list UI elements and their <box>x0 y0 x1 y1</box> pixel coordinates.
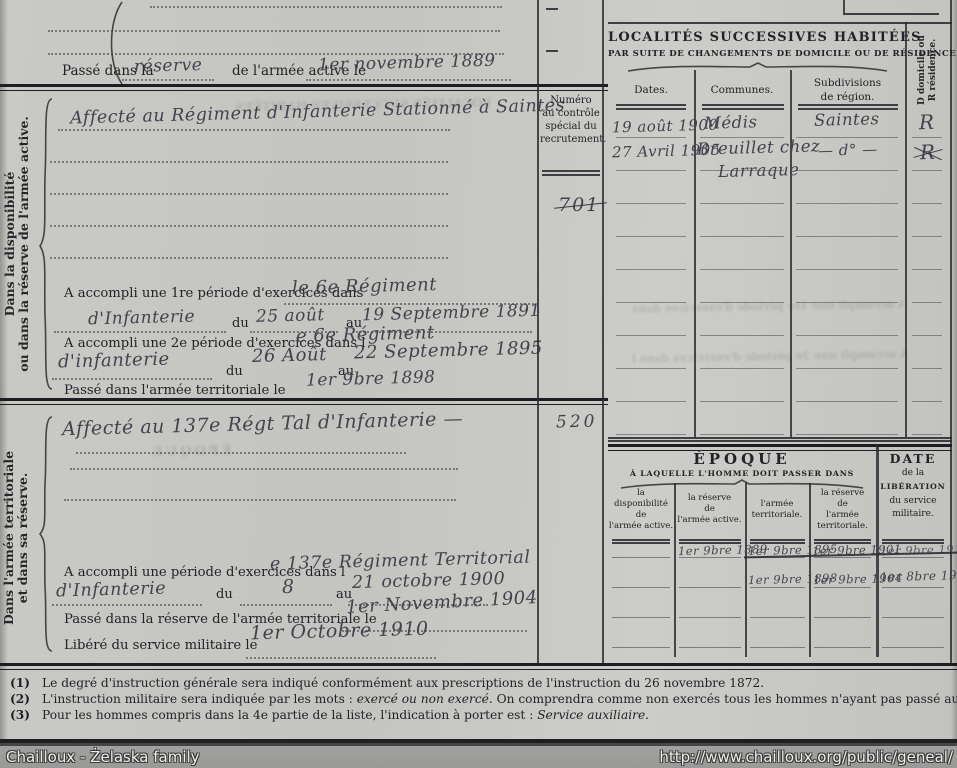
dotted-rule <box>150 6 502 8</box>
date-liberation-header-line: militaire. <box>876 509 950 519</box>
footnote-italic: exercé ou non exercé. <box>357 692 493 706</box>
side-label-line: Dans la disponibilité <box>3 94 17 394</box>
periode2-corps: d'infanterie <box>58 349 170 373</box>
grid-line <box>612 542 670 544</box>
epoque-val-liberation: 1er 8bre 1910 <box>880 568 957 584</box>
epoque-title: ÉPOQUE <box>608 450 876 468</box>
ruled-rows <box>750 557 805 649</box>
libere-service-label: Libéré du service militaire le <box>64 638 257 653</box>
dotted-rule <box>64 499 456 501</box>
dotted-rule <box>246 657 436 659</box>
grid-line <box>679 539 741 541</box>
localites-row2-commune: Breuillet chez <box>697 136 821 158</box>
side-label-reserve-active: Dans la disponibilité ou dans la réserve… <box>3 94 31 394</box>
col-header-line: la réserve <box>674 493 745 504</box>
periode-territoriale-corps: d'Infanterie <box>56 579 167 602</box>
passe-territoriale-label: Passé dans l'armée territoriale le <box>64 383 286 398</box>
grid-line <box>882 539 944 541</box>
footnote-text: L'instruction militaire sera indiquée pa… <box>42 692 357 706</box>
date-liberation-header-title: DATE <box>876 451 950 466</box>
grid-line <box>616 104 686 106</box>
dotted-rule <box>76 452 406 454</box>
col-header-communes: Communes. <box>694 84 790 96</box>
numero-header-line: spécial du <box>540 120 602 133</box>
dotted-rule <box>52 604 202 606</box>
footnote-text: Le degré d'instruction générale sera ind… <box>42 676 764 690</box>
numero-header-line: Numéro <box>540 94 602 107</box>
side-label-territoriale: Dans l'armée territoriale et dans sa rés… <box>2 388 30 688</box>
col-header-line: la réserve <box>809 488 876 499</box>
numero-header-line: recrutement. <box>540 133 602 146</box>
grid-line <box>612 539 670 541</box>
grid-line <box>546 50 558 52</box>
fragment-line <box>843 0 845 13</box>
grid-line <box>798 104 898 106</box>
dotted-rule <box>50 161 448 163</box>
grid-line <box>602 0 604 663</box>
side-label-line: et dans sa réserve. <box>16 388 30 688</box>
col-header-line: l'armée <box>809 510 876 521</box>
footer-url: http://www.chailloux.org/public/geneal/ <box>659 748 953 766</box>
date-liberation-header-line: LIBÉRATION <box>876 482 950 491</box>
date-liberation-header-line: du service <box>876 496 950 506</box>
dotted-rule <box>58 129 450 131</box>
page-edge-shading <box>951 0 957 740</box>
grid-line <box>542 170 600 172</box>
col-header-line: l'armée active. <box>674 515 745 526</box>
localites-row1-dr: R <box>919 110 935 134</box>
grid-line <box>702 108 784 110</box>
passe-reserve-active-blank: réserve <box>134 55 203 77</box>
numero-controle-value-520: 520 <box>556 411 598 432</box>
affectation-137e-entry: Affecté au 137e Régt Tal d'Infanterie — <box>62 408 463 440</box>
footnote-italic: Service auxiliaire. <box>537 708 649 722</box>
localites-row1-subdivision: Saintes <box>814 109 880 130</box>
grid-line <box>750 539 805 541</box>
localites-title: LOCALITÉS SUCCESSIVES HABITÉES <box>608 30 905 45</box>
col-header-line: de <box>674 504 745 515</box>
periode-territoriale-start-date: 8 <box>282 576 295 598</box>
footnote-number: (1) <box>10 676 30 690</box>
passe-territoriale-date: 1er 9bre 1898 <box>306 367 436 390</box>
col-header-line: de région. <box>790 90 905 104</box>
grid-line <box>814 539 871 541</box>
numero-controle-header: Numéro au contrôle spécial du recrutemen… <box>540 94 602 146</box>
header-brace <box>625 61 890 73</box>
col-header-line: territoriale. <box>809 521 876 532</box>
col-header-line: la <box>608 488 674 499</box>
col-header-line: R résidence. <box>928 27 939 113</box>
col-header-line: l'armée active. <box>608 521 674 532</box>
section-brace <box>36 96 56 392</box>
libere-service-date: 1er Octobre 1910 <box>250 618 429 645</box>
dotted-rule <box>70 468 458 470</box>
localites-row2-subdivision: — d° — <box>818 140 878 160</box>
ruled-rows <box>912 137 942 438</box>
dotted-rule <box>122 79 214 81</box>
periode-territoriale-du-label: du <box>216 587 233 602</box>
grid-line <box>790 70 792 437</box>
periode2-start-date: 26 Août <box>252 344 327 367</box>
numero-header-line: au contrôle <box>540 107 602 120</box>
footer-caption-bar: Chailloux - Żelaska family http://www.ch… <box>0 739 957 768</box>
grid-line <box>542 174 600 176</box>
dotted-rule <box>50 193 448 195</box>
grid-line <box>608 440 952 442</box>
localites-row2-commune-line2: Larraque <box>718 160 800 181</box>
date-liberation-header-line: de la <box>876 468 950 478</box>
localites-row1-date: 19 août 1900 <box>612 116 719 137</box>
footnote-2: (2)L'instruction militaire sera indiquée… <box>10 692 957 706</box>
dotted-rule <box>50 225 448 227</box>
ruled-rows <box>612 557 670 649</box>
col-header-line: disponibilité <box>608 499 674 510</box>
col-header-line: Subdivisions <box>790 76 905 90</box>
col-header-line: D domicile ou <box>917 27 928 113</box>
grid-line <box>616 108 686 110</box>
periode2-du-label: du <box>226 364 243 379</box>
footnote-1: (1)Le degré d'instruction générale sera … <box>10 676 764 690</box>
scanned-register-page: Passé dans la réserve de l'armée active … <box>0 0 957 768</box>
grid-line <box>608 437 952 439</box>
ruled-rows <box>700 137 784 438</box>
col-header-domicile-residence: D domicile ou R résidence. <box>917 27 939 113</box>
footnote-number: (3) <box>10 708 30 722</box>
epoque-val-liberation-struck: 1er 9bre 1910 <box>880 542 957 558</box>
section-divider <box>0 84 608 91</box>
grid-line <box>950 0 952 663</box>
dotted-rule <box>52 378 212 380</box>
footnote-text: Pour les hommes compris dans la 4e parti… <box>42 708 537 722</box>
dotted-rule <box>240 604 332 606</box>
periode1-corps: d'Infanterie <box>88 307 196 330</box>
col-header-line: territoriale. <box>745 510 809 521</box>
grid-line <box>537 0 539 663</box>
col-header-dates: Dates. <box>608 84 694 96</box>
grid-line <box>608 22 952 24</box>
section-divider <box>0 663 957 670</box>
passe-reserve-active-date: 1er novembre 1889 <box>318 51 496 76</box>
side-label-line: ou dans la réserve de l'armée active. <box>17 94 31 394</box>
ruled-rows <box>616 137 686 438</box>
dotted-rule <box>50 257 448 259</box>
footnote-number: (2) <box>10 692 30 706</box>
periode1-regiment: le 6e Régiment <box>292 274 438 299</box>
col-header-line: de <box>809 499 876 510</box>
periode2-end-date: 22 Septembre 1895 <box>354 338 543 364</box>
numero-controle-value: 701 <box>558 194 600 216</box>
grid-line <box>546 8 558 10</box>
epoque-col-header-disponibilite: la disponibilité de l'armée active. <box>608 488 674 532</box>
fragment-line <box>843 13 939 15</box>
ruled-rows <box>679 557 741 649</box>
dotted-rule <box>54 331 226 333</box>
section-brace <box>36 414 56 654</box>
epoque-subtitle: À LAQUELLE L'HOMME DOIT PASSER DANS <box>608 469 876 478</box>
dotted-rule <box>48 30 500 32</box>
ruled-rows <box>796 137 898 438</box>
grid-line <box>702 104 784 106</box>
section-divider <box>0 398 608 405</box>
grid-line <box>905 22 907 437</box>
periode1-start-date: 25 août <box>256 305 325 327</box>
col-header-subdivisions: Subdivisions de région. <box>790 76 905 104</box>
bleed-ghost: ÉPOQUE <box>150 443 232 459</box>
periode1-du-label: du <box>232 316 249 331</box>
col-header-line: l'armée <box>745 499 809 510</box>
side-label-line: Dans l'armée territoriale <box>2 388 16 688</box>
localites-row1-commune: Médis <box>704 112 758 132</box>
localites-subtitle: PAR SUITE DE CHANGEMENTS DE DOMICILE OU … <box>608 49 905 59</box>
footer-caption: Chailloux - Żelaska family <box>6 748 200 766</box>
localites-row2-dr: R <box>920 140 936 164</box>
epoque-col-header-reserve-territoriale: la réserve de l'armée territoriale. <box>809 488 876 532</box>
epoque-col-header-territoriale: l'armée territoriale. <box>745 499 809 521</box>
dotted-rule <box>306 79 511 81</box>
periode1-end-date: 19 Septembre 1891 <box>362 301 541 326</box>
footnote-3: (3)Pour les hommes compris dans la 4e pa… <box>10 708 649 722</box>
col-header-line: de <box>608 510 674 521</box>
footnote-text: On comprendra comme non exercés tous les… <box>493 692 957 706</box>
epoque-col-header-reserve-active: la réserve de l'armée active. <box>674 493 745 526</box>
